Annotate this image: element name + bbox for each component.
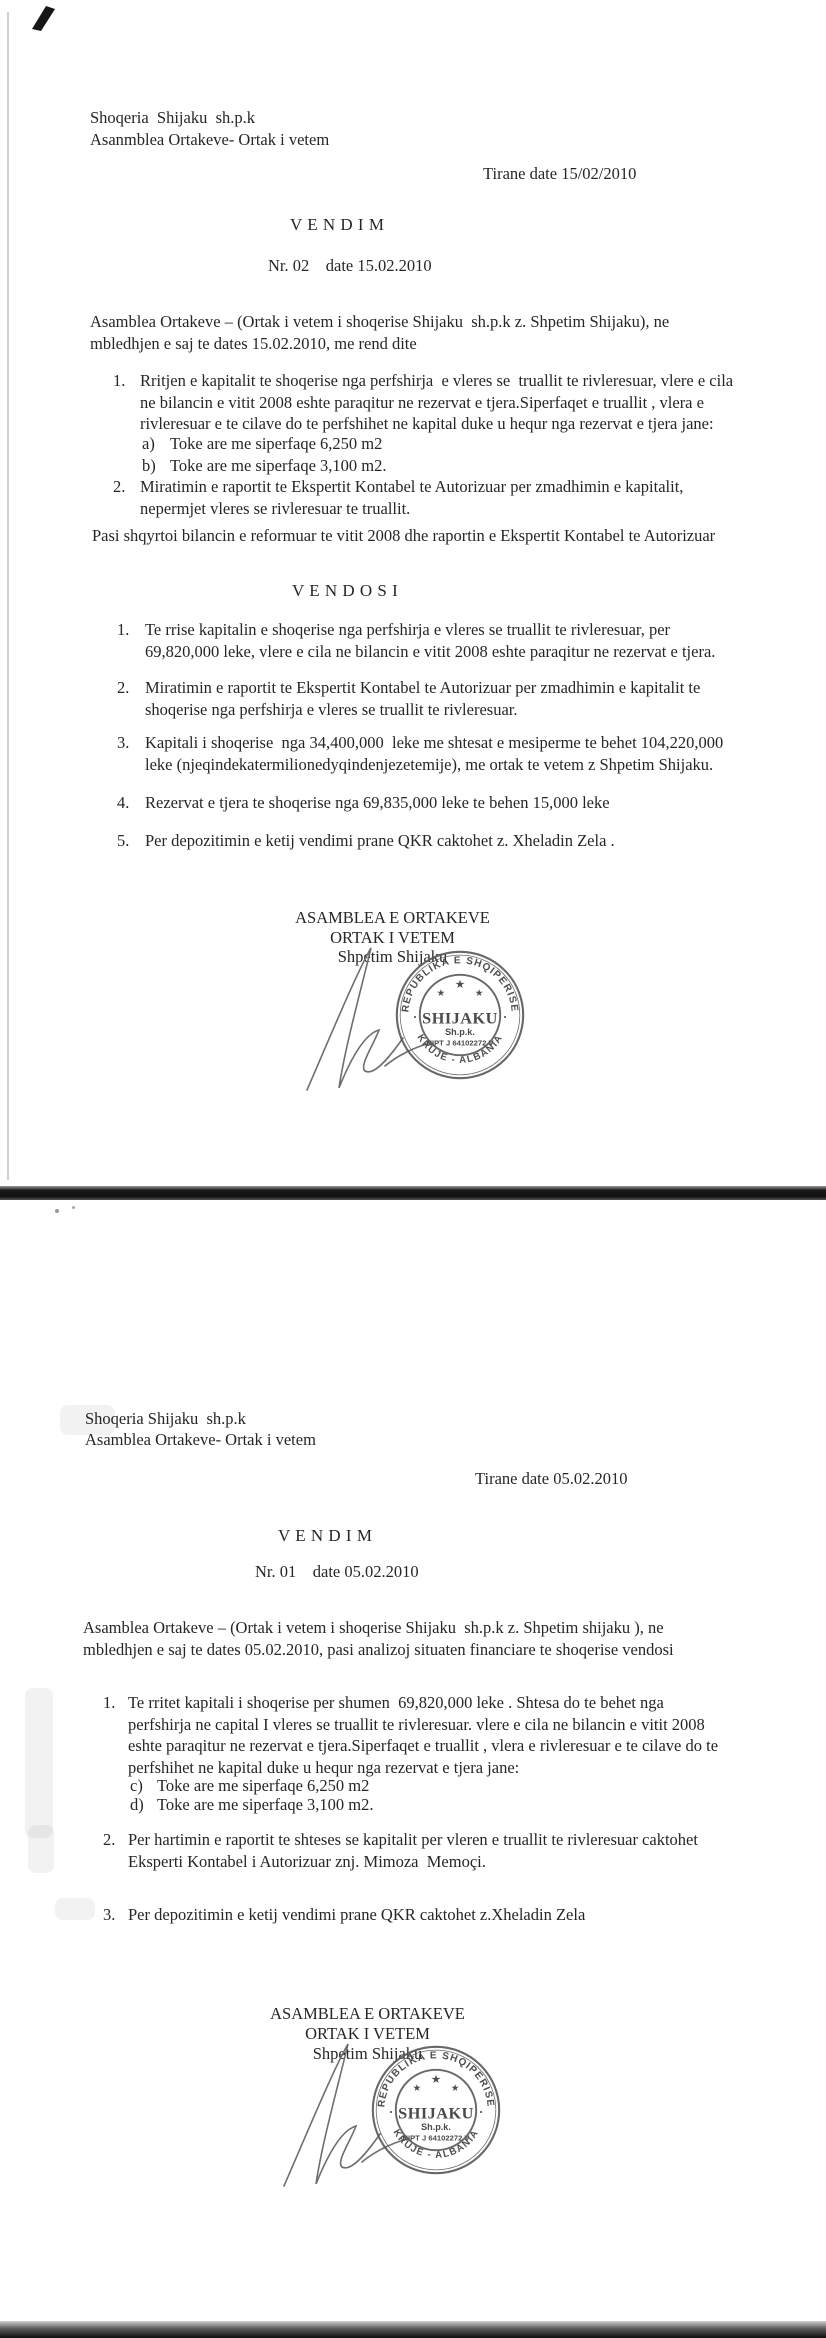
list-marker: 1. bbox=[117, 619, 129, 641]
company-name: Shoqeria Shijaku sh.p.k bbox=[90, 107, 255, 129]
scan-smudge bbox=[25, 1688, 53, 1838]
company-stamp: REPUBLIKA E SHQIPERISE KRUJE - ALBANIA ★… bbox=[369, 2043, 503, 2177]
scan-artifact bbox=[28, 4, 68, 32]
stamp-nipt: NIPT J 64102272 V bbox=[426, 1039, 494, 1048]
interim-paragraph: Pasi shqyrtoi bilancin e reformuar te vi… bbox=[92, 525, 715, 547]
list-marker: 1. bbox=[103, 1692, 115, 1714]
list-marker: 5. bbox=[117, 830, 129, 852]
list-item-text: Rezervat e tjera te shoqerise nga 69,835… bbox=[145, 792, 610, 814]
star-icon: ★ bbox=[451, 2083, 460, 2094]
scan-smudge bbox=[28, 1825, 54, 1873]
list-marker: a) bbox=[142, 433, 155, 455]
list-marker: 3. bbox=[117, 732, 129, 754]
list-marker: 2. bbox=[117, 677, 129, 699]
list-item-text: Miratimin e raportit te Ekspertit Kontab… bbox=[140, 476, 683, 519]
stamp-bottom-arc-text: KRUJE - ALBANIA bbox=[415, 1033, 506, 1066]
assembly-line: Asanmblea Ortakeve- Ortak i vetem bbox=[90, 129, 329, 151]
decision-title: V E N D I M bbox=[290, 214, 384, 236]
resolution-title: V E N D O S I bbox=[292, 580, 398, 602]
list-marker: 4. bbox=[117, 792, 129, 814]
star-icon: ★ bbox=[455, 979, 465, 991]
list-item-text: Per depozitimin e ketij vendimi prane QK… bbox=[145, 830, 615, 852]
stamp-company-type: Sh.p.k. bbox=[421, 2122, 451, 2132]
stamp-company-name: SHIJAKU bbox=[398, 2105, 474, 2123]
intro-paragraph: Asamblea Ortakeve – (Ortak i vetem i sho… bbox=[90, 311, 669, 354]
signature-line-assembly: ASAMBLEA E ORTAKEVE bbox=[225, 2004, 510, 2024]
list-marker: 3. bbox=[103, 1904, 115, 1926]
scan-smudge bbox=[60, 1405, 115, 1435]
stamp-nipt: NIPT J 64102272 V bbox=[402, 2134, 470, 2143]
list-item-text: Kapitali i shoqerise nga 34,400,000 leke… bbox=[145, 732, 723, 775]
place-date-line: Tirane date 05.02.2010 bbox=[475, 1468, 627, 1490]
list-item-text: Rritjen e kapitalit te shoqerise nga per… bbox=[140, 370, 733, 435]
assembly-line: Asamblea Ortakeve- Ortak i vetem bbox=[85, 1429, 316, 1450]
list-marker: 1. bbox=[113, 370, 125, 392]
stamp-company-name: SHIJAKU bbox=[422, 1010, 498, 1028]
list-item-text: Te rrise kapitalin e shoqerise nga perfs… bbox=[145, 619, 715, 662]
star-icon: ★ bbox=[413, 2083, 422, 2094]
list-marker: 2. bbox=[103, 1829, 115, 1851]
signature-line-assembly: ASAMBLEA E ORTAKEVE bbox=[250, 908, 535, 928]
star-icon: ★ bbox=[437, 988, 446, 999]
place-date-line: Tirane date 15/02/2010 bbox=[483, 163, 636, 185]
svg-text:KRUJE - ALBANIA: KRUJE - ALBANIA bbox=[391, 2128, 482, 2161]
decision-number-line: Nr. 01 date 05.02.2010 bbox=[255, 1561, 419, 1583]
page-separator bbox=[0, 1186, 826, 1200]
stamp-company-type: Sh.p.k. bbox=[445, 1027, 475, 1037]
list-item-text: Te rritet kapitali i shoqerise per shume… bbox=[128, 1692, 718, 1778]
list-item-text: Miratimin e raportit te Ekspertit Kontab… bbox=[145, 677, 700, 720]
document-canvas: { "stamp": { "top_arc": "REPUBLIKA E SHQ… bbox=[0, 0, 826, 2338]
list-marker: 2. bbox=[113, 476, 125, 498]
dot-icon: • bbox=[479, 2107, 482, 2117]
dot-icon: • bbox=[414, 1012, 417, 1022]
page-2: Shoqeria Shijaku sh.p.k Asamblea Ortakev… bbox=[0, 1200, 826, 2321]
dot-icon: • bbox=[390, 2107, 393, 2117]
page-1: Shoqeria Shijaku sh.p.k Asanmblea Ortake… bbox=[0, 0, 826, 1186]
list-item-text: Toke are me siperfaqe 6,250 m2 bbox=[170, 433, 382, 455]
list-item-text: Toke are me siperfaqe 3,100 m2. bbox=[157, 1794, 373, 1816]
company-stamp: REPUBLIKA E SHQIPERISE KRUJE - ALBANIA ★… bbox=[393, 948, 527, 1082]
star-icon: ★ bbox=[475, 988, 484, 999]
scan-smudge bbox=[55, 1898, 95, 1920]
scan-edge-line bbox=[7, 12, 9, 1180]
list-marker: d) bbox=[130, 1794, 144, 1816]
list-item-text: Toke are me siperfaqe 3,100 m2. bbox=[170, 455, 386, 477]
decision-title: V E N D I M bbox=[278, 1525, 372, 1547]
list-marker: b) bbox=[142, 455, 156, 477]
star-icon: ★ bbox=[431, 2074, 441, 2086]
intro-paragraph: Asamblea Ortakeve – (Ortak i vetem i sho… bbox=[83, 1617, 674, 1660]
list-item-text: Per depozitimin e ketij vendimi prane QK… bbox=[128, 1904, 585, 1926]
decision-number-line: Nr. 02 date 15.02.2010 bbox=[268, 255, 432, 277]
dot-icon: • bbox=[503, 1012, 506, 1022]
stamp-bottom-arc-text: KRUJE - ALBANIA bbox=[391, 2128, 482, 2161]
list-item-text: Per hartimin e raportit te shteses se ka… bbox=[128, 1829, 698, 1872]
scan-bottom-edge bbox=[0, 2321, 826, 2338]
svg-text:KRUJE - ALBANIA: KRUJE - ALBANIA bbox=[415, 1033, 506, 1066]
